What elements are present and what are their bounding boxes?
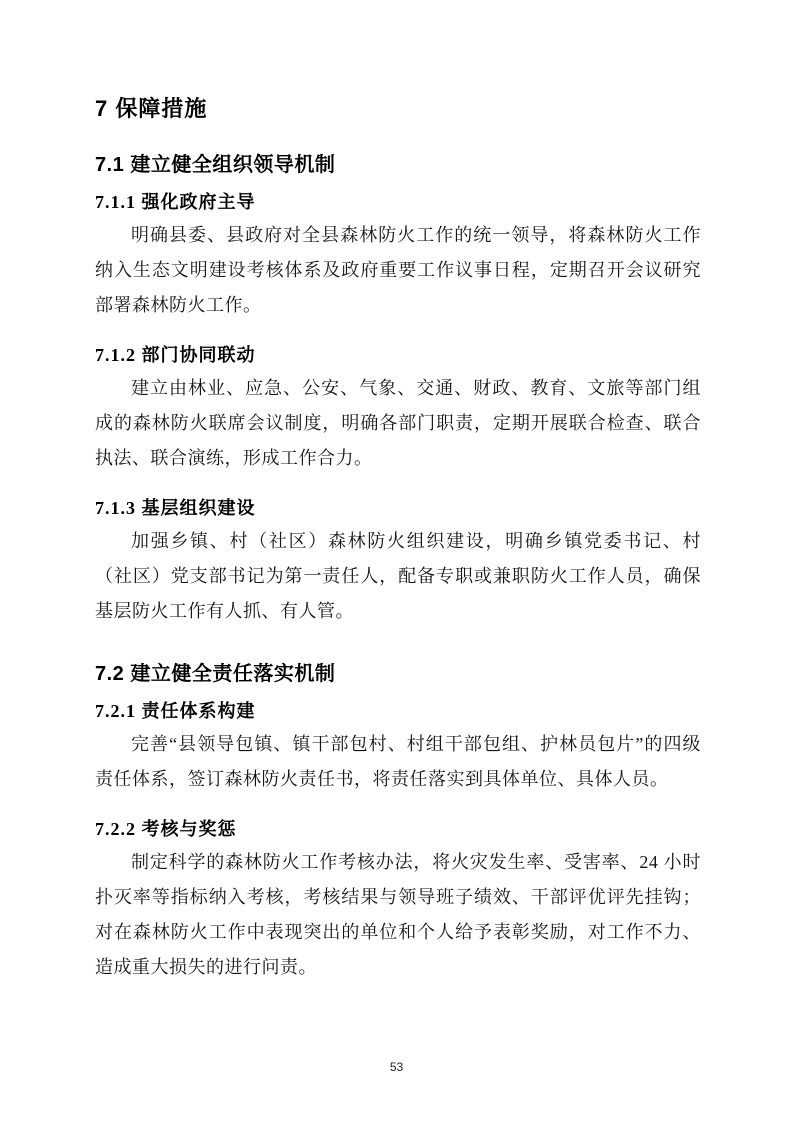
page-number: 53 bbox=[0, 1060, 793, 1074]
subsection-7-1-2-paragraph: 建立由林业、应急、公安、气象、交通、财政、教育、文旅等部门组成的森林防火联席会议… bbox=[95, 371, 701, 476]
section-7-1: 7.1 建立健全组织领导机制 7.1.1 强化政府主导 明确县委、县政府对全县森… bbox=[95, 155, 701, 629]
subsection-7-2-1-paragraph: 完善“县领导包镇、镇干部包村、村组干部包组、护林员包片”的四级责任体系，签订森林… bbox=[95, 727, 701, 797]
subsection-7-1-3-paragraph: 加强乡镇、村（社区）森林防火组织建设，明确乡镇党委书记、村（社区）党支部书记为第… bbox=[95, 524, 701, 629]
chapter-heading: 7 保障措施 bbox=[95, 97, 701, 120]
subsection-7-2-2-paragraph: 制定科学的森林防火工作考核办法，将火灾发生率、受害率、24 小时扑灭率等指标纳入… bbox=[95, 845, 701, 985]
document-content: 7 保障措施 7.1 建立健全组织领导机制 7.1.1 强化政府主导 明确县委、… bbox=[95, 97, 701, 1008]
subsection-7-2-2-heading: 7.2.2 考核与奖惩 bbox=[95, 820, 701, 838]
subsection-7-1-2-heading: 7.1.2 部门协同联动 bbox=[95, 346, 701, 364]
subsection-7-2-1-heading: 7.2.1 责任体系构建 bbox=[95, 702, 701, 720]
section-7-2-heading: 7.2 建立健全责任落实机制 bbox=[95, 664, 701, 685]
section-7-2: 7.2 建立健全责任落实机制 7.2.1 责任体系构建 完善“县领导包镇、镇干部… bbox=[95, 664, 701, 985]
document-page: 7 保障措施 7.1 建立健全组织领导机制 7.1.1 强化政府主导 明确县委、… bbox=[0, 0, 793, 1122]
section-7-1-heading: 7.1 建立健全组织领导机制 bbox=[95, 155, 701, 176]
subsection-7-1-1-paragraph: 明确县委、县政府对全县森林防火工作的统一领导，将森林防火工作纳入生态文明建设考核… bbox=[95, 218, 701, 323]
subsection-7-1-3-heading: 7.1.3 基层组织建设 bbox=[95, 499, 701, 517]
subsection-7-1-1-heading: 7.1.1 强化政府主导 bbox=[95, 193, 701, 211]
